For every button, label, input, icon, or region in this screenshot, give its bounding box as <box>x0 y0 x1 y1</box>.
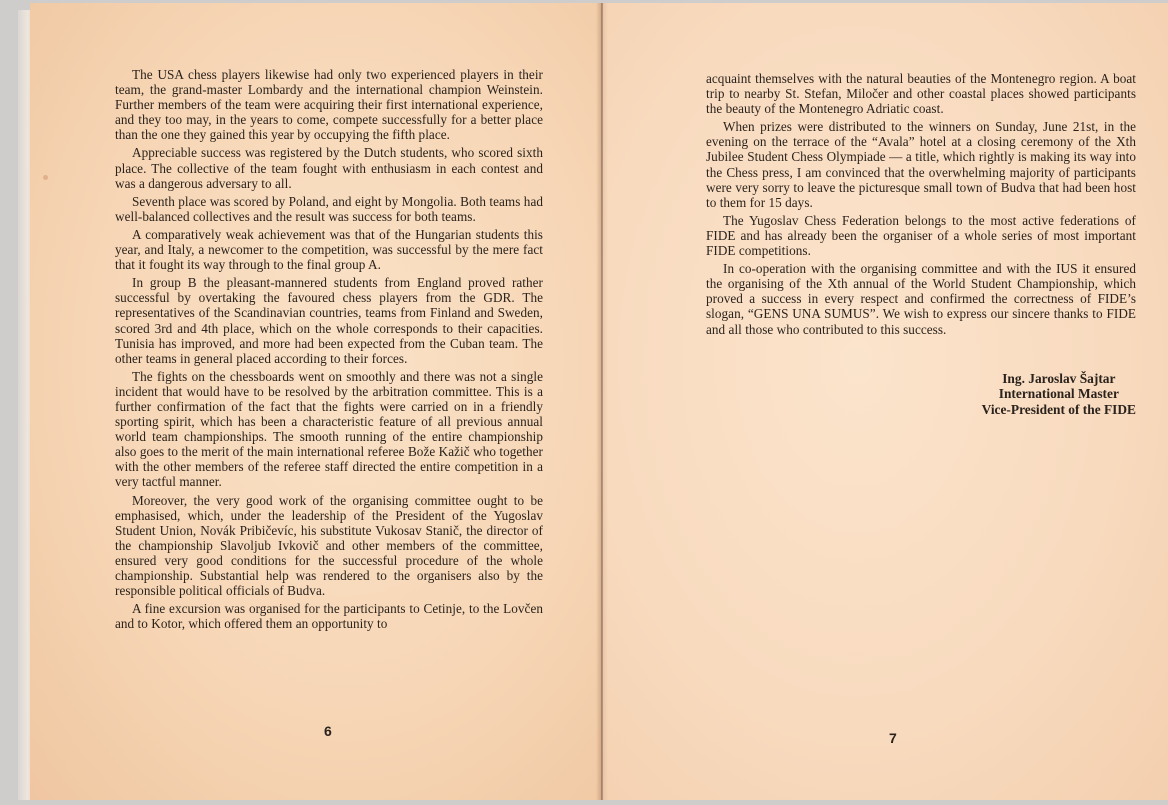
left-page: The USA chess players likewise had only … <box>30 3 602 800</box>
paper-stain <box>43 175 48 180</box>
paragraph: The fights on the chessboards went on sm… <box>115 369 543 490</box>
signature-position: Vice-President of the FIDE <box>982 402 1136 417</box>
paragraph: Moreover, the very good work of the orga… <box>115 493 543 599</box>
left-page-body: The USA chess players likewise had only … <box>115 67 543 634</box>
paragraph: acquaint themselves with the natural bea… <box>706 71 1136 116</box>
signature-title: International Master <box>982 386 1136 401</box>
paragraph: When prizes were distributed to the winn… <box>706 119 1136 210</box>
right-page-body: acquaint themselves with the natural bea… <box>706 71 1136 340</box>
page-number: 7 <box>889 730 897 746</box>
paragraph: Appreciable success was registered by th… <box>115 145 543 190</box>
paragraph: In group B the pleasant-mannered student… <box>115 275 543 366</box>
paragraph: A fine excursion was organised for the p… <box>115 601 543 631</box>
paragraph: A comparatively weak achievement was tha… <box>115 227 543 272</box>
signature-block: Ing. Jaroslav Šajtar International Maste… <box>982 371 1136 417</box>
book-gutter <box>596 3 608 800</box>
signature-name: Ing. Jaroslav Šajtar <box>982 371 1136 386</box>
page-number: 6 <box>324 723 332 739</box>
paragraph: In co-operation with the organising comm… <box>706 261 1136 336</box>
paragraph: The Yugoslav Chess Federation belongs to… <box>706 213 1136 258</box>
paragraph: The USA chess players likewise had only … <box>115 67 543 142</box>
right-page: acquaint themselves with the natural bea… <box>602 3 1168 800</box>
paragraph: Seventh place was scored by Poland, and … <box>115 194 543 224</box>
book-spread: The USA chess players likewise had only … <box>30 3 1168 800</box>
